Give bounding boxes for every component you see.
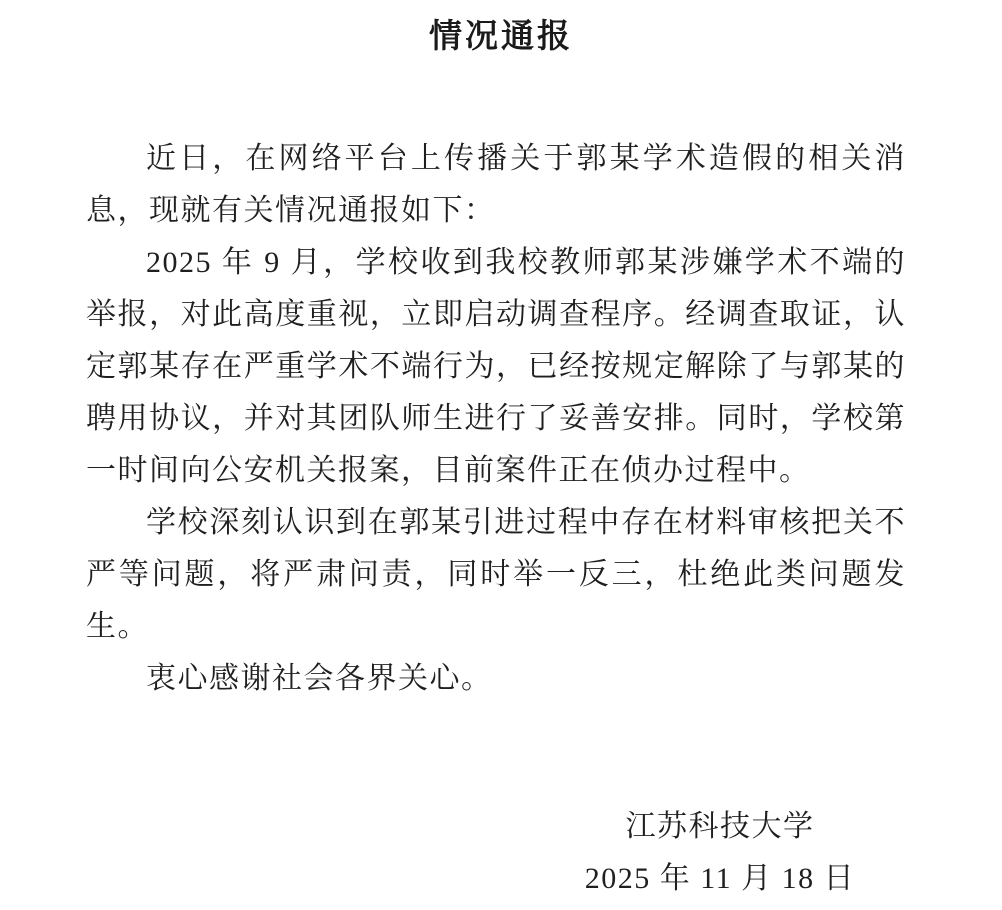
notice-document-page: 情况通报 近日，在网络平台上传播关于郭某学术造假的相关消息，现就有关情况通报如下… <box>0 0 1002 910</box>
paragraph-thanks: 衷心感谢社会各界关心。 <box>86 653 906 705</box>
paragraph-intro: 近日，在网络平台上传播关于郭某学术造假的相关消息，现就有关情况通报如下： <box>86 133 906 237</box>
signature-date: 2025 年 11 月 18 日 <box>550 853 890 905</box>
signature-organization: 江苏科技大学 <box>550 801 890 853</box>
document-title: 情况通报 <box>0 14 1002 58</box>
paragraph-accountability: 学校深刻认识到在郭某引进过程中存在材料审核把关不严等问题，将严肃问责，同时举一反… <box>86 497 906 653</box>
signature-block: 江苏科技大学 2025 年 11 月 18 日 <box>550 801 890 905</box>
paragraph-investigation: 2025 年 9 月，学校收到我校教师郭某涉嫌学术不端的举报，对此高度重视，立即… <box>86 237 906 497</box>
document-body: 近日，在网络平台上传播关于郭某学术造假的相关消息，现就有关情况通报如下： 202… <box>86 133 906 705</box>
